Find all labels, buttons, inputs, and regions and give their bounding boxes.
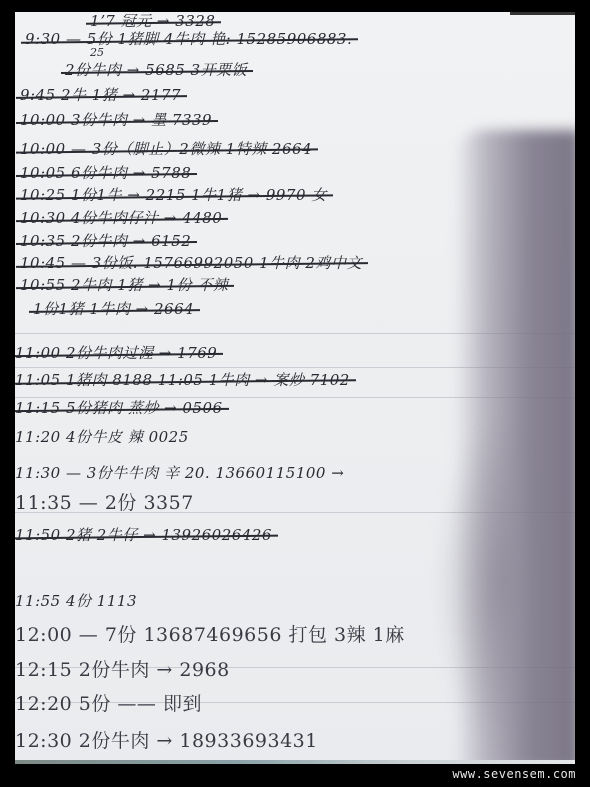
note-line: 10:05 6份牛肉 → 5788 bbox=[20, 162, 191, 183]
note-annotation: 25 bbox=[90, 46, 104, 59]
hand-shadow bbox=[435, 422, 515, 742]
note-line: 12:15 2份牛肉 → 2968 bbox=[15, 655, 230, 682]
page-edge bbox=[510, 12, 575, 15]
note-line: 11:35 — 2份 3357 bbox=[15, 488, 194, 515]
note-line: 9:30 — 5份 1猪脚 4牛肉 艳: 15285906883. bbox=[25, 28, 352, 49]
note-line: 11:50 2猪 2牛仔 → 13926026426 bbox=[15, 524, 272, 545]
note-line: 11:15 5份猪肉 蒸炒 → 0506 bbox=[15, 397, 223, 418]
note-line: 10:25 1份1牛 → 2215 1牛1猪 → 9970 女 bbox=[20, 184, 327, 205]
note-line: 10:00 3份牛肉 → 墨 7339 bbox=[20, 109, 212, 130]
note-line: 10:45 — 3份饭. 15766992050 1牛肉 2鸡中文 bbox=[20, 252, 362, 273]
note-line: 11:05 1猪肉 8188 11:05 1牛肉 → 案炒 7102 bbox=[15, 369, 350, 390]
note-line: 11:20 4份牛皮 辣 0025 bbox=[15, 426, 189, 447]
note-line: 2份牛肉 → 5685 3开栗饭 bbox=[65, 59, 247, 80]
note-line: 11:30 — 3份牛牛肉 辛 20. 13660115100 → bbox=[15, 462, 344, 483]
note-line: 11:00 2份牛肉过渥 → 1769 bbox=[15, 342, 217, 363]
notebook-page: 1ʼ7 冠元 → 3328 9:30 — 5份 1猪脚 4牛肉 艳: 15285… bbox=[15, 12, 575, 764]
note-line: 12:20 5份 —— 即到 bbox=[15, 689, 202, 716]
note-line: 1份1猪 1牛肉 → 2664 bbox=[33, 298, 194, 319]
note-line: 10:30 4份牛肉仔汁 → 4480 bbox=[20, 207, 222, 228]
watermark: www.sevensem.com bbox=[452, 767, 576, 781]
note-line: 10:35 2份牛肉 → 6152 bbox=[20, 230, 191, 251]
note-line: 10:00 — 3份（脚止）2微辣 1特辣 2664 bbox=[20, 138, 312, 159]
note-line: 11:55 4份 1113 bbox=[15, 590, 137, 611]
note-line: 10:55 2牛肉 1猪 → 1份 不辣 bbox=[20, 274, 228, 295]
page-bottom-edge bbox=[15, 760, 575, 764]
note-line: 12:30 2份牛肉 → 18933693431 bbox=[15, 726, 318, 753]
note-line: 9:45 2牛 1猪 → 2177 bbox=[20, 84, 181, 105]
note-line: 12:00 — 7份 13687469656 打包 3辣 1麻 bbox=[15, 620, 405, 647]
